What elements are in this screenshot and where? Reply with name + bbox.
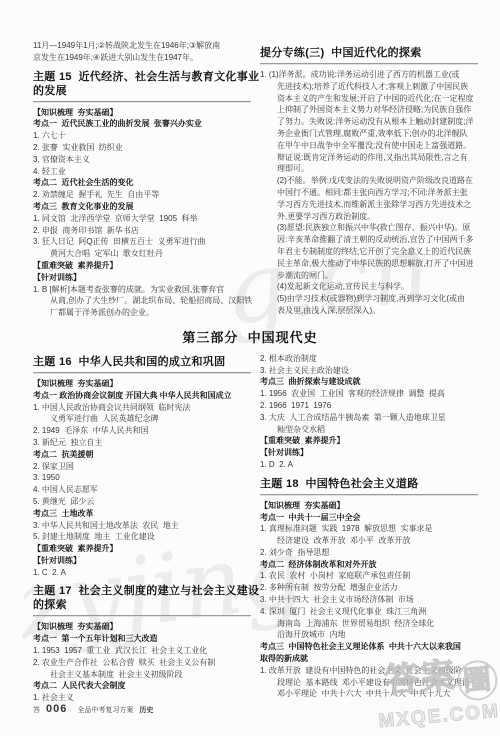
exam-point-heading: 考点三 曲折探索与建设成就	[260, 376, 478, 388]
answer-line: (5)由学习技术(或器物)到学习制度,再到学习文化(或由	[260, 293, 478, 305]
answer-line: 5. 黄继光 邱少云	[33, 496, 251, 508]
answer-line: 海南岛 上海浦东 世界贸易组织 经济全球化	[260, 618, 478, 630]
answer-line: 3. 1950	[33, 472, 251, 484]
answer-line: 4. 中国人民志愿军	[33, 484, 251, 496]
answer-line: 厂都属于洋务派创办的企业。	[33, 307, 251, 319]
answer-line: 段理论 基本路线 邓小平建设有中国特色社会主义理论	[260, 677, 478, 689]
answer-line: 1. C 2. A	[33, 567, 251, 579]
exam-point-heading: 考点一 中共十一届三中全会	[260, 512, 478, 524]
exam-point-heading: 考点三 土地改革	[33, 508, 251, 520]
answer-line: 年君主专制制度的终结;它开创了完全意义上的近代民族	[260, 246, 478, 258]
section-label: 【针对训练】	[33, 272, 251, 284]
exam-point-heading: 考点二 近代社会生活的变化	[33, 177, 251, 189]
answer-line: 2. 1949 毛泽东 中华人民共和国	[33, 425, 251, 437]
exam-point-heading: 考点二 抗美援朝	[33, 449, 251, 461]
answer-line: 1. 1953 1957 重工业 武汉长江 社会主义工业化	[33, 645, 251, 657]
section-label: 【针对训练】	[260, 447, 478, 459]
topic-heading: 主题 15 近代经济、社会生活与教育文化事业	[33, 70, 251, 84]
footer-answer-prefix: 答	[33, 705, 40, 715]
answer-line: 沿海开放城市 内地	[260, 629, 478, 641]
answer-line: 社会主义基本制度 社会主义初级阶段	[33, 669, 251, 681]
part-header: 第三部分 中国现代史	[0, 327, 500, 346]
answer-line: 3. 官僚资本主义	[33, 154, 251, 166]
answer-line: 1. 改革开放 建设有中国特色的社会主义 社会主义初级阶	[260, 665, 478, 677]
answer-line: 1. B [解析]本题考查张謇的成就。为实业救国,张謇弃官	[33, 284, 251, 296]
answer-line: 1. D 2. A	[260, 459, 478, 471]
answer-line: 了努力。失败说:洋务运动没有从根本上触动封建制度;洋	[260, 116, 478, 128]
section-label: 【知识梳理 夯实基础】	[33, 621, 251, 633]
answer-line: 从商,创办了大生纱厂。湖北织布局、轮船招商局、汉阳铁	[33, 295, 251, 307]
answer-line: 学习西方先进技术,而维新派主张除学习西方先进技术之	[260, 199, 478, 211]
answer-line: 2. 申报 商务印书馆 新华书店	[33, 225, 251, 237]
answer-line: 务企业衙门式管理,腐败严重,效率低下;创办的北洋舰队	[260, 128, 478, 140]
answer-line: 经济建设 改革开放 邓小平 改革开放	[260, 535, 478, 547]
answer-line: 2. 根本政治制度	[260, 353, 478, 365]
divider-rule	[33, 101, 251, 103]
page-number: 006	[46, 703, 67, 715]
answer-line: 2. 刘少奇 指导思想	[260, 547, 478, 559]
answer-line: 辩证说:既肯定洋务运动的作用,又指出其局限性,言之有	[260, 152, 478, 164]
answer-line: 2. 1966 1971 1976	[260, 400, 478, 412]
answer-line: (2)不能。举例:戊戌变法的失败说明资产阶级改良道路在	[260, 175, 478, 187]
page-footer: 答006 全品中考复习方案 历史	[33, 703, 153, 715]
divider-rule	[260, 494, 478, 496]
answer-line: 黄河大合唱 定军山 歌女红牡丹	[33, 248, 251, 260]
exam-point-heading: 考点一 第一个五年计划和三大改造	[33, 633, 251, 645]
exam-point-heading: 考点三 中国特色社会主义理论体系 中共十六大以来我国	[260, 641, 478, 653]
answer-line: 3. 中华人民共和国土地改革法 农民 地主	[33, 520, 251, 532]
answer-line: 理即可。	[260, 163, 478, 175]
section-label: 【知识梳理 夯实基础】	[33, 378, 251, 390]
answer-line: 5. 封建土地制度 地主 工业化建设	[33, 531, 251, 543]
answer-line: 1. 同文馆 北洋西学堂 京师大学堂 1905 科举	[33, 213, 251, 225]
answer-line: 2. 保家卫国	[33, 461, 251, 473]
section-label: 【知识梳理 夯实基础】	[260, 500, 478, 512]
answer-line: 因:辛亥革命推翻了清王朝的反动统治,宣告了中国两千多	[260, 234, 478, 246]
exam-point-heading: 考点二 人民代表大会制度	[33, 680, 251, 692]
topic-heading: 的探索	[33, 598, 251, 612]
answer-line: 籼型杂交水稻	[260, 424, 478, 436]
subject-label: 历史	[139, 705, 153, 715]
answer-line: 3. 大庆 人工合成结晶牛胰岛素 第一颗人造地球卫星	[260, 412, 478, 424]
answer-line: (3)愿望:民族独立和振兴中华(救亡图存、振兴中华)。原	[260, 222, 478, 234]
topic-heading: 的发展	[33, 84, 251, 98]
answer-line: 资本主义的产生和发展;开启了中国的近代化;在一定程度	[260, 93, 478, 105]
right-column: 提分专练(三) 中国近代化的探索1. (1)洋务派。成功说:洋务运动引进了西方的…	[260, 40, 478, 700]
answer-line: 11月—1949年1月;②转战陕北发生在1946年;③解放南	[33, 40, 251, 52]
book-title: 全品中考复习方案	[77, 705, 133, 715]
answer-line: 2. 张謇 实业救国 纺织业	[33, 142, 251, 154]
answer-line: 中国行不通。相同:都主张向西方学习;不同:洋务派主张	[260, 187, 478, 199]
answer-line: 2. 劝禁缠足 握手礼 先生 自由平等	[33, 189, 251, 201]
scanned-page: zyjing g.cn 11月—1949年1月;②转战陕北发生在1946年;③解…	[0, 0, 500, 736]
topic-heading: 主题 16 中华人民共和国的成立和巩固	[33, 355, 251, 369]
answer-line: 义勇军进行曲 人民英雄纪念碑	[33, 413, 251, 425]
divider-rule	[33, 615, 251, 617]
answer-line: 先进技术);培养了近代科技人才;客观上刺激了中国民族	[260, 81, 478, 93]
answer-line: 3. 社会主义民主政治建设	[260, 365, 478, 377]
left-column: 11月—1949年1月;②转战陕北发生在1946年;③解放南京发生在1949年;…	[33, 40, 251, 704]
exam-point-heading: 考点一 近代民族工业的曲折发展 张謇兴办实业	[33, 118, 251, 130]
answer-line: 3. 狂人日记 阿Q正传 田横五百士 义勇军进行曲	[33, 236, 251, 248]
exam-point-heading: 考点一 政治协商会议制度 开国大典 中华人民共和国成立	[33, 390, 251, 402]
section-label: 【知识梳理 夯实基础】	[33, 107, 251, 119]
section-label: 【重难突破 素养提升】	[260, 435, 478, 447]
answer-line: 4. 深圳 厦门 社会主义现代化事业 珠江三角洲	[260, 606, 478, 618]
answer-line: 步潮流的闸门。	[260, 270, 478, 282]
answer-line: 4. 轻工业	[33, 166, 251, 178]
answer-line: 1. 农民 农村 小岗村 家庭联产承包责任制	[260, 570, 478, 582]
answer-line: 1. 六七十	[33, 130, 251, 142]
exam-point-heading: 取得的新成就	[260, 653, 478, 665]
answer-line: 1. 真理标准问题 实践 1978 解放思想 实事求是	[260, 523, 478, 535]
answer-line: 上抑制了外国资本主义势力对华经济侵略;为民族自强作	[260, 104, 478, 116]
section-label: 【重难突破 素养提升】	[33, 260, 251, 272]
exam-point-heading: 考点三 教育文化事业的发展	[33, 201, 251, 213]
answer-line: 2. 多种所有制 按劳分配 增强企业活力	[260, 582, 478, 594]
topic-heading: 提分专练(三) 中国近代化的探索	[260, 46, 478, 60]
answer-line: 在甲午中日战争中全军覆没;没有使中国走上富强道路。	[260, 140, 478, 152]
answer-line: 2. 农业生产合作社 公私合营 赎买 社会主义公有制	[33, 657, 251, 669]
answer-line: 3. 新纪元 独立自主	[33, 437, 251, 449]
answer-line: 京发生在1949年;④跃进大别山发生在1947年。	[33, 52, 251, 64]
answer-line: 外,更要学习西方政治制度。	[260, 211, 478, 223]
answer-line: (4)发起新文化运动,宣传民主与科学。	[260, 281, 478, 293]
topic-heading: 主题 17 社会主义制度的建立与社会主义建设	[33, 584, 251, 598]
section-label: 【针对训练】	[33, 555, 251, 567]
answer-line: 3. 中共十四大 社会主义市场经济体制 市场	[260, 594, 478, 606]
watermark-site-url: MXQE.COM	[378, 701, 500, 734]
answer-line: 民主革命,极大推动了中华民族的思想解放,打开了中国进	[260, 258, 478, 270]
section-label: 【重难突破 素养提升】	[33, 543, 251, 555]
topic-heading: 主题 18 中国特色社会主义道路	[260, 477, 478, 491]
divider-rule	[260, 63, 478, 65]
answer-line: 1. 中国人民政治协商会议共同纲领 临时宪法	[33, 402, 251, 414]
answer-line: 1. (1)洋务派。成功说:洋务运动引进了西方的机器工业(或	[260, 69, 478, 81]
exam-point-heading: 考点二 经济体制改革和对外开放	[260, 559, 478, 571]
divider-rule	[33, 372, 251, 374]
answer-line: 1. 1956 农业国 工业国 客观的经济规律 调整 提高	[260, 388, 478, 400]
answer-line: 表及里,由浅入深,层层深入)。	[260, 305, 478, 317]
answer-line: 邓小平理论 中共十六大 中共十八大 中共十九大	[260, 688, 478, 700]
